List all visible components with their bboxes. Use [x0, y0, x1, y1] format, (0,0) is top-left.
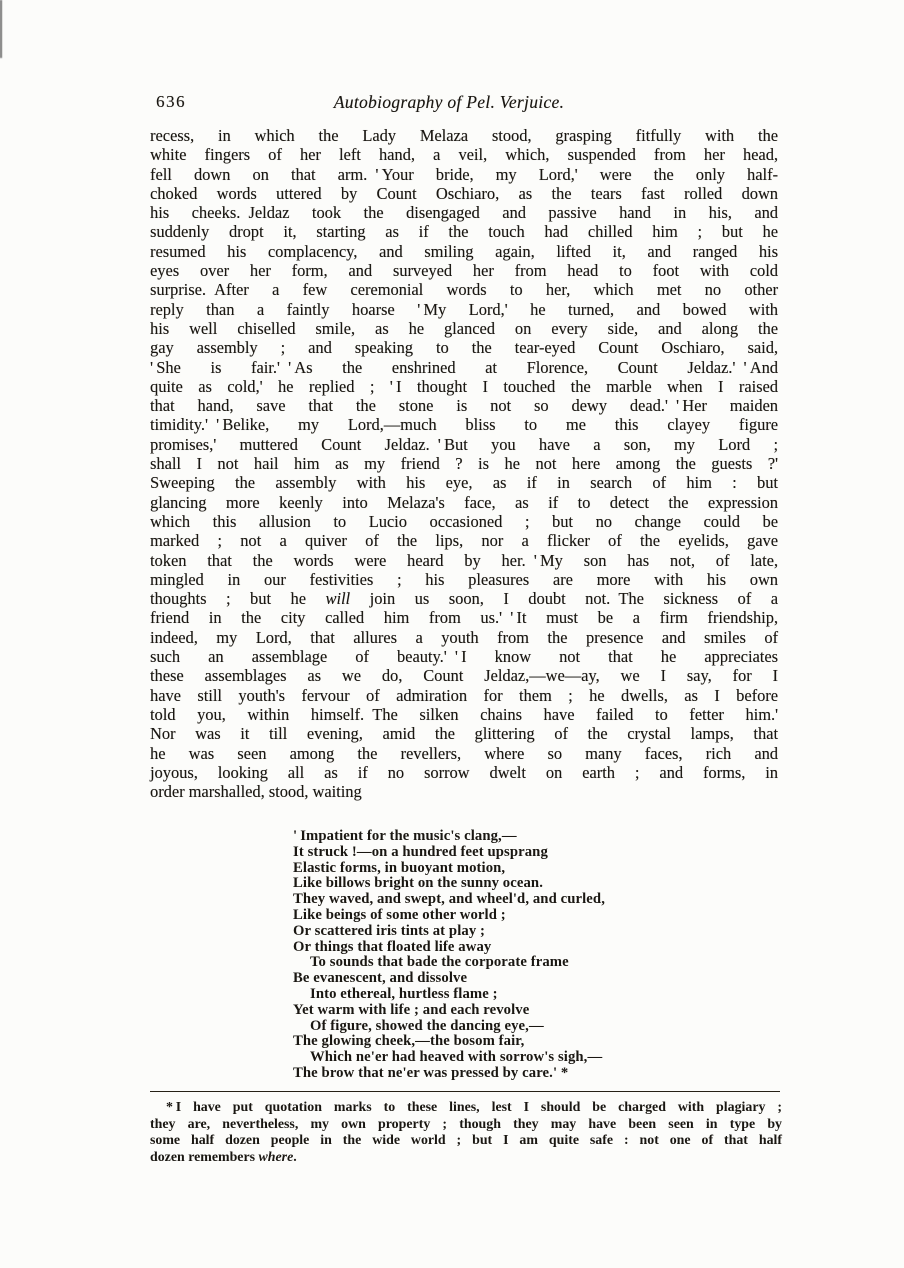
body-text-line: which this allusion to Lucio occasioned … [150, 512, 778, 531]
body-text-line: promises,' muttered Count Jeldaz. ' But … [150, 435, 778, 454]
body-text-line: suddenly dropt it, starting as if the to… [150, 222, 778, 241]
poem-line: ' Impatient for the music's clang,— [293, 829, 713, 845]
body-text-line: Sweeping the assembly with his eye, as i… [150, 473, 778, 492]
body-text-line: joyous, looking all as if no sorrow dwel… [150, 763, 778, 782]
body-text-line: mingled in our festivities ; his pleasur… [150, 570, 778, 589]
poem-line: Of figure, showed the dancing eye,— [293, 1019, 713, 1035]
poem-line: Or things that floated life away [293, 940, 713, 956]
body-text-line: Nor was it till evening, amid the glitte… [150, 724, 778, 743]
poem-line: Into ethereal, hurtless flame ; [293, 987, 713, 1003]
footnote: * I have put quotation marks to these li… [150, 1100, 782, 1166]
poem-line: Yet warm with life ; and each revolve [293, 1003, 713, 1019]
poem-line: Which ne'er had heaved with sorrow's sig… [293, 1050, 713, 1066]
body-text-line: his well chiselled smile, as he glanced … [150, 319, 778, 338]
body-text-line: timidity.' ' Belike, my Lord,—much bliss… [150, 415, 778, 434]
body-text-line: order marshalled, stood, waiting [150, 782, 778, 801]
body-text-line: ' She is fair.' ' As the enshrined at Fl… [150, 358, 778, 377]
footnote-line: some half dozen people in the wide world… [150, 1133, 782, 1150]
body-text-line: he was seen among the revellers, where s… [150, 744, 778, 763]
body-text-line: his cheeks. Jeldaz took the disengaged a… [150, 203, 778, 222]
poem-line: Like beings of some other world ; [293, 908, 713, 924]
footnote-line: dozen remembers where. [150, 1150, 782, 1167]
body-text-line: that hand, save that the stone is not so… [150, 396, 778, 415]
body-text-line: fell down on that arm. ' Your bride, my … [150, 165, 778, 184]
footnote-divider [150, 1091, 780, 1092]
poem-line: Elastic forms, in buoyant motion, [293, 861, 713, 877]
scan-edge-artifact [0, 0, 2, 58]
poem-line: They waved, and swept, and wheel'd, and … [293, 892, 713, 908]
page-header: 636 Autobiography of Pel. Verjuice. [150, 92, 778, 114]
body-text-line: these assemblages as we do, Count Jeldaz… [150, 666, 778, 685]
body-text-line: such an assemblage of beauty.' ' I know … [150, 647, 778, 666]
body-text: recess, in which the Lady Melaza stood, … [150, 126, 778, 801]
body-text-line: eyes over her form, and surveyed her fro… [150, 261, 778, 280]
body-text-line: indeed, my Lord, that allures a youth fr… [150, 628, 778, 647]
body-text-line: white fingers of her left hand, a veil, … [150, 145, 778, 164]
body-text-line: resumed his complacency, and smiling aga… [150, 242, 778, 261]
body-text-line: marked ; not a quiver of the lips, nor a… [150, 531, 778, 550]
footnote-line: they are, nevertheless, my own property … [150, 1117, 782, 1134]
body-text-line: have still youth's fervour of admiration… [150, 686, 778, 705]
running-title: Autobiography of Pel. Verjuice. [150, 92, 748, 113]
poem-line: The glowing cheek,—the bosom fair, [293, 1034, 713, 1050]
poem-line: The brow that ne'er was pressed by care.… [293, 1066, 713, 1082]
footnote-line: * I have put quotation marks to these li… [150, 1100, 782, 1117]
body-text-line: gay assembly ; and speaking to the tear-… [150, 338, 778, 357]
body-text-line: recess, in which the Lady Melaza stood, … [150, 126, 778, 145]
body-text-line: glancing more keenly into Melaza's face,… [150, 493, 778, 512]
poem-quotation: ' Impatient for the music's clang,—It st… [293, 829, 713, 1082]
poem-line: To sounds that bade the corporate frame [293, 955, 713, 971]
body-text-line: told you, within himself. The silken cha… [150, 705, 778, 724]
body-text-line: reply than a faintly hoarse ' My Lord,' … [150, 300, 778, 319]
book-page-scan: 636 Autobiography of Pel. Verjuice. rece… [0, 0, 904, 1268]
poem-line: Be evanescent, and dissolve [293, 971, 713, 987]
poem-line: Like billows bright on the sunny ocean. [293, 876, 713, 892]
body-text-line: thoughts ; but he will join us soon, I d… [150, 589, 778, 608]
body-text-line: shall I not hail him as my friend ? is h… [150, 454, 778, 473]
body-text-line: token that the words were heard by her. … [150, 551, 778, 570]
body-text-line: choked words uttered by Count Oschiaro, … [150, 184, 778, 203]
body-text-line: quite as cold,' he replied ; ' I thought… [150, 377, 778, 396]
body-text-line: friend in the city called him from us.' … [150, 608, 778, 627]
body-text-line: surprise. After a few ceremonial words t… [150, 280, 778, 299]
poem-line: It struck !—on a hundred feet upsprang [293, 845, 713, 861]
poem-line: Or scattered iris tints at play ; [293, 924, 713, 940]
